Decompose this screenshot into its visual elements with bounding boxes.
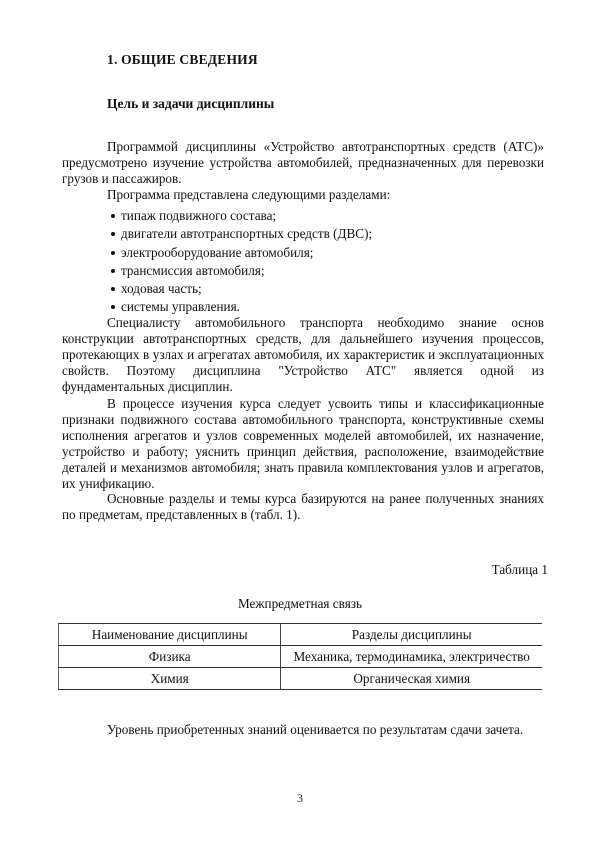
paragraph-course-basis: Основные разделы и темы курса базируются… <box>62 491 544 523</box>
bullet-item: типаж подвижного состава; <box>110 207 540 225</box>
table-cell: Физика <box>59 646 281 668</box>
interdisciplinary-table: Наименование дисциплины Разделы дисципли… <box>58 623 542 690</box>
subsection-title: Цель и задачи дисциплины <box>107 96 274 112</box>
table-number-label: Таблица 1 <box>492 562 548 578</box>
bullet-item: трансмиссия автомобиля; <box>110 262 540 280</box>
table-row: Физика Механика, термодинамика, электрич… <box>59 646 543 668</box>
paragraph-text: Основные разделы и темы курса базируются… <box>62 491 544 523</box>
section-title: 1. ОБЩИЕ СВЕДЕНИЯ <box>107 52 258 68</box>
table-caption: Межпредметная связь <box>0 596 600 612</box>
bullet-item: двигатели автотранспортных средств (ДВС)… <box>110 225 540 243</box>
bullet-item: ходовая часть; <box>110 280 540 298</box>
bullet-item: электрооборудование автомобиля; <box>110 244 540 262</box>
paragraph-program-description: Программой дисциплины «Устройство автотр… <box>62 139 544 187</box>
paragraph-assessment: Уровень приобретенных знаний оценивается… <box>62 722 544 738</box>
paragraph-list-intro: Программа представлена следующими раздел… <box>62 187 544 203</box>
paragraph-specialist: Специалисту автомобильного транспорта не… <box>62 315 544 395</box>
table-header-row: Наименование дисциплины Разделы дисципли… <box>59 624 543 646</box>
sections-bullet-list: типаж подвижного состава; двигатели авто… <box>110 207 540 317</box>
paragraph-intro: Программой дисциплины «Устройство автотр… <box>62 139 544 203</box>
document-page: 1. ОБЩИЕ СВЕДЕНИЯ Цель и задачи дисципли… <box>0 0 600 852</box>
page-number: 3 <box>0 791 600 806</box>
paragraph-course-study: В процессе изучения курса следует усвоит… <box>62 396 544 491</box>
table-cell: Механика, термодинамика, электричество <box>281 646 542 668</box>
table-cell: Органическая химия <box>281 668 542 690</box>
paragraph-text: Специалисту автомобильного транспорта не… <box>62 315 544 395</box>
table-cell: Химия <box>59 668 281 690</box>
table-header-cell: Наименование дисциплины <box>59 624 281 646</box>
table-header-cell: Разделы дисциплины <box>281 624 542 646</box>
paragraph-text: В процессе изучения курса следует усвоит… <box>62 396 544 491</box>
paragraph-text: Уровень приобретенных знаний оценивается… <box>62 722 544 738</box>
table-row: Химия Органическая химия <box>59 668 543 690</box>
